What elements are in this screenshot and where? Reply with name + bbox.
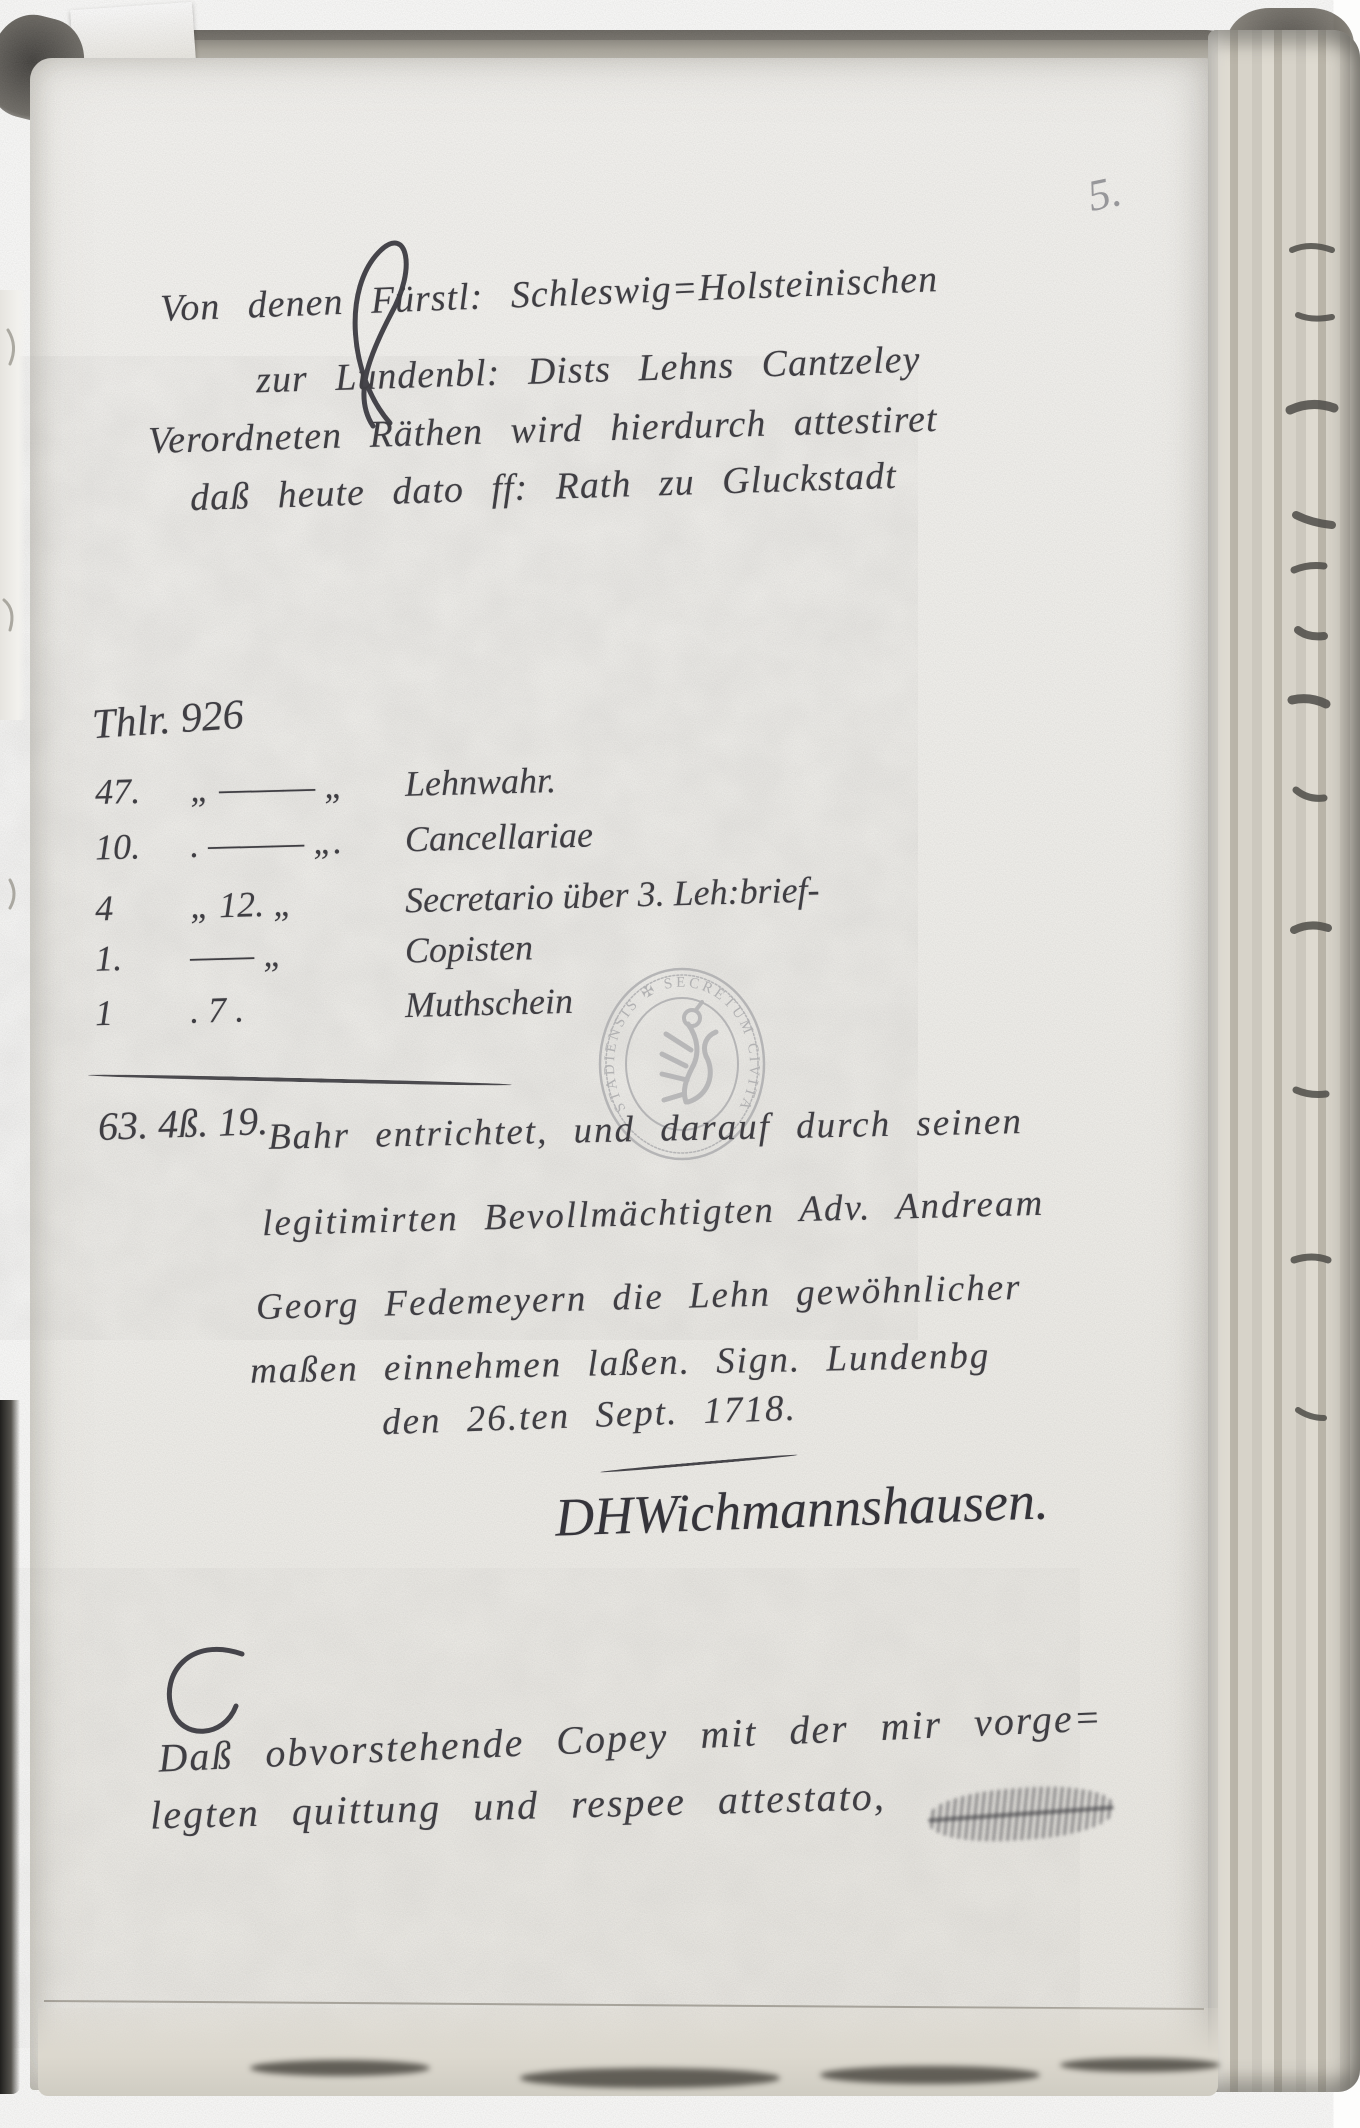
account-separator: „ ——— „ [189, 763, 405, 811]
account-separator: —— „ [189, 930, 405, 978]
bottom-edge-smudge [1060, 2058, 1220, 2072]
book-top-edge-shadow [56, 30, 1216, 40]
account-amount: 4 [95, 885, 191, 929]
book-bottom-edge [38, 2008, 1218, 2096]
account-separator: . 7 . [189, 984, 405, 1032]
account-label: Lehnwahr. [404, 759, 556, 805]
account-amount: 47. [95, 769, 191, 813]
bottom-edge-smudge [250, 2060, 430, 2076]
account-amount: 1. [95, 935, 191, 979]
bottom-edge-smudge [520, 2068, 780, 2088]
adjacent-page-ink-marks [1288, 230, 1360, 1490]
spine-edge-marks [0, 300, 26, 940]
account-total: 63. 4ß. 19. [97, 1097, 269, 1150]
account-label: Copisten [404, 926, 533, 971]
scanned-manuscript-spread: STADIENSIS ✠ SECRETUM CIVITA 5. Von dene… [0, 0, 1360, 2128]
account-label: Muthschein [404, 980, 573, 1026]
pen-flourish-initial [295, 228, 455, 438]
account-amount: 1 [95, 990, 191, 1034]
account-separator: . ——— „. [190, 818, 406, 866]
account-separator: „ 12. „ [190, 879, 406, 927]
seal-lion-rampant-icon [662, 1002, 716, 1102]
bottom-edge-smudge [820, 2066, 1040, 2084]
account-label: Cancellariae [404, 813, 593, 860]
spine-shadow-left [0, 1400, 20, 2094]
account-amount: 10. [95, 824, 191, 868]
